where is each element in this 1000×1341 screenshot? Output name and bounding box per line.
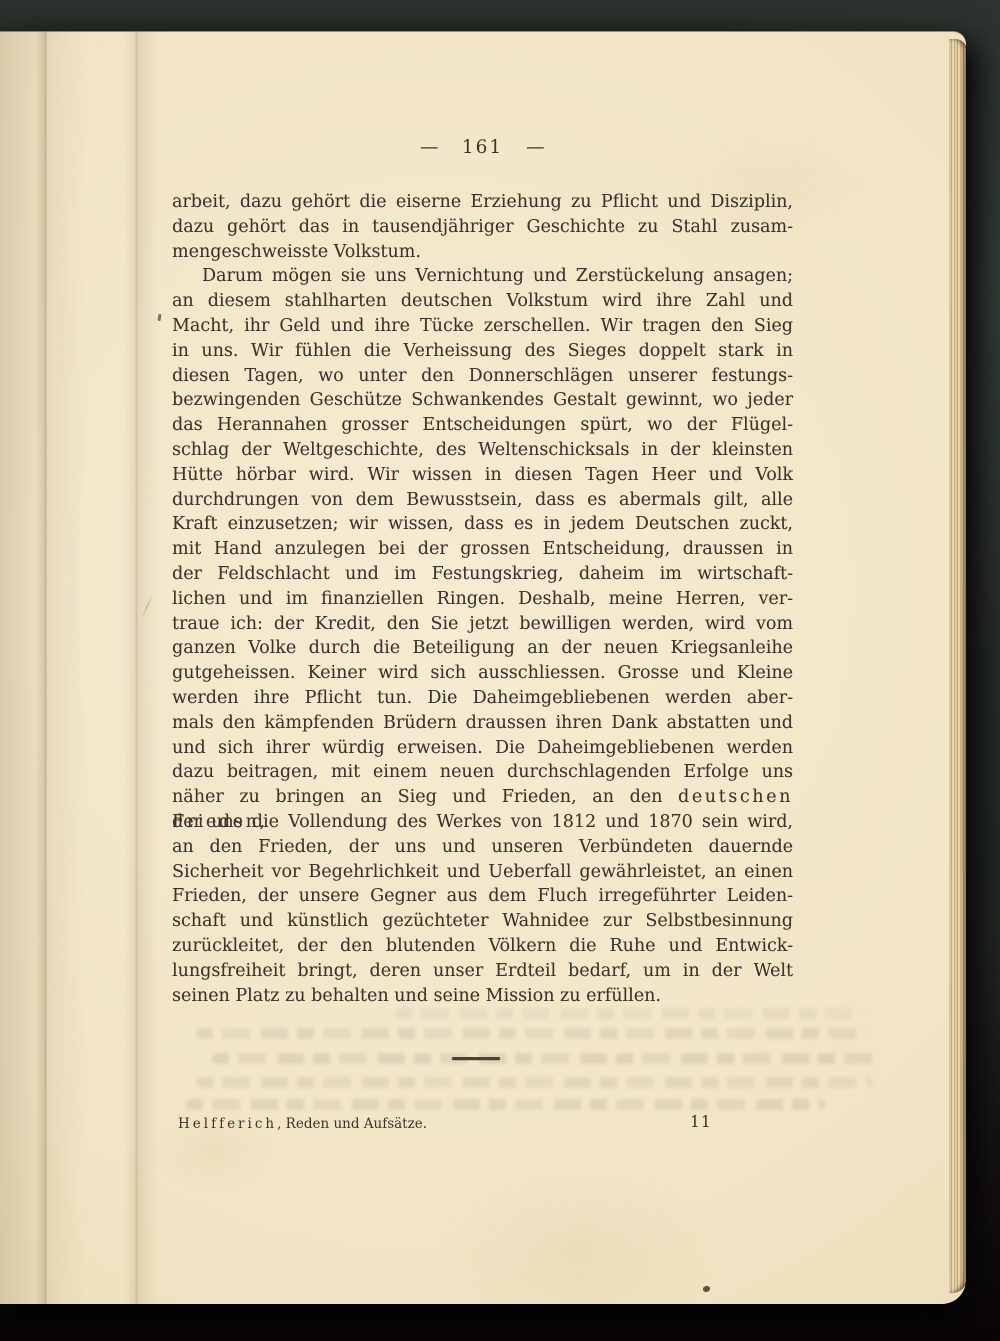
text-line: der uns die Vollendung des Werkes von 18… — [172, 810, 793, 835]
text-line: mit Hand anzulegen bei der grossen Entsc… — [172, 537, 793, 562]
text-line: mengeschweisste Volkstum. — [172, 240, 793, 265]
text-line: dazu gehört das in tausendjähriger Gesch… — [172, 215, 793, 240]
footer-page-signature: 11 — [690, 1113, 712, 1131]
text-line: in uns. Wir fühlen die Verheissung des S… — [172, 339, 793, 364]
text-line: dazu beitragen, mit einem neuen durchsch… — [172, 760, 793, 785]
text-line: durchdrungen von dem Bewusstsein, dass e… — [172, 488, 793, 513]
scan-background: —161— arbeit, dazu gehört die eiserne Er… — [0, 0, 1000, 1341]
text-line: arbeit, dazu gehört die eiserne Erziehun… — [172, 190, 793, 215]
text-line: traue ich: der Kredit, den Sie jetzt bew… — [172, 612, 793, 637]
text-line: der Feldschlacht und im Festungskrieg, d… — [172, 562, 793, 587]
text-line: mals den kämpfenden Brüdern draussen ihr… — [172, 711, 793, 736]
gutter-crease — [44, 32, 47, 1304]
text-line: schaft und künstlich gezüchteter Wahnide… — [172, 909, 793, 934]
text-line: zurückleitet, der den blutenden Völkern … — [172, 934, 793, 959]
body-text: arbeit, dazu gehört die eiserne Erziehun… — [172, 190, 793, 1008]
page-header: —161— — [170, 137, 795, 158]
text-line: Kraft einzusetzen; wir wissen, dass es i… — [172, 512, 793, 537]
separator-rule — [452, 1057, 500, 1060]
footer-citation: Helfferich, Reden und Aufsätze. — [178, 1116, 427, 1132]
text-line: lungsfreiheit bringt, deren unser Erdtei… — [172, 959, 793, 984]
header-dash-left: — — [420, 137, 439, 158]
text-line: und sich ihrer würdig erweisen. Die Dahe… — [172, 736, 793, 761]
text-line: Frieden, der unsere Gegner aus dem Fluch… — [172, 884, 793, 909]
text-line: schlag der Weltgeschichte, des Weltensch… — [172, 438, 793, 463]
text-line: ganzen Volke durch die Beteiligung an de… — [172, 636, 793, 661]
header-dash-right: — — [526, 137, 545, 158]
text-line: seinen Platz zu behalten und seine Missi… — [172, 984, 793, 1009]
text-line: an diesem stahlharten deutschen Volkstum… — [172, 289, 793, 314]
text-line: an den Frieden, der uns und unseren Verb… — [172, 835, 793, 860]
text-line: bezwingenden Geschütze Schwankendes Gest… — [172, 388, 793, 413]
footer-author: Helfferich — [178, 1116, 277, 1132]
text-line: das Herannahen grosser Entscheidungen sp… — [172, 413, 793, 438]
text-line: Macht, ihr Geld und ihre Tücke zerschell… — [172, 314, 793, 339]
text-line: Sicherheit vor Begehrlichkeit und Ueberf… — [172, 860, 793, 885]
header-page-number: 161 — [462, 137, 503, 158]
gutter-crease — [135, 32, 138, 1304]
text-line: werden ihre Pflicht tun. Die Daheimgebli… — [172, 686, 793, 711]
text-line: lichen und im finanziellen Ringen. Desha… — [172, 587, 793, 612]
text-line: näher zu bringen an Sieg und Frieden, an… — [172, 785, 793, 810]
footer-title: , Reden und Aufsätze. — [277, 1116, 427, 1132]
text-line: Hütte hörbar wird. Wir wissen in diesen … — [172, 463, 793, 488]
text-line: Darum mögen sie uns Vernichtung und Zers… — [172, 264, 793, 289]
page-edge-stack — [949, 39, 966, 1293]
text-line: gutgeheissen. Keiner wird sich ausschlie… — [172, 661, 793, 686]
text-line: diesen Tagen, wo unter den Donnerschläge… — [172, 364, 793, 389]
